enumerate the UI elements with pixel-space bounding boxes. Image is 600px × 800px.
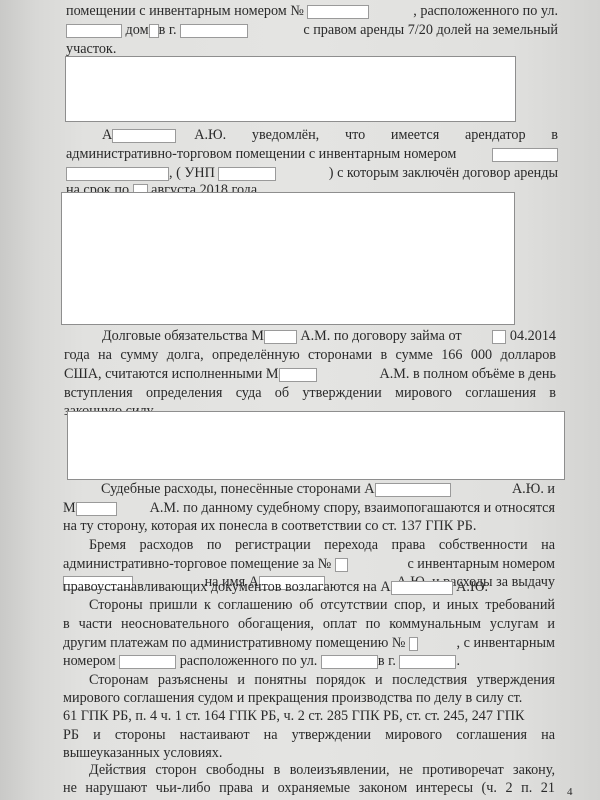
redaction-box [492, 148, 558, 162]
text-line: правоустанавливающих документов возлагаю… [63, 578, 555, 597]
text: А.М. в полном объёме в день [379, 365, 556, 384]
text-line: административно-торговом помещении с инв… [66, 145, 558, 164]
text: Действия сторон свободны в волеизъявлени… [63, 761, 555, 780]
text: Сторонам разъяснены и понятны порядок и … [63, 671, 555, 690]
text: РБ и стороны настаивают на утверждении м… [63, 726, 555, 745]
redaction-box [391, 581, 453, 595]
text: на ту сторону, которая их понесла в соот… [63, 517, 476, 536]
text-line: Судебные расходы, понесённые сторонами А… [63, 480, 555, 499]
redaction-box [112, 129, 176, 143]
text: 04.2014 [510, 327, 556, 346]
text: другим платежам по административному пом… [63, 634, 405, 653]
text-line: США, считаются исполненными М А.М. в пол… [64, 365, 556, 384]
text-line: номером расположенного по ул. в г. . [63, 652, 555, 671]
redaction-block [67, 411, 565, 480]
text-line: Долговые обязательства М А.М. по договор… [64, 327, 556, 346]
text-line: Действия сторон свободны в волеизъявлени… [63, 761, 555, 780]
redaction-block [65, 56, 516, 122]
text: в г. [159, 21, 177, 40]
redaction-box [375, 483, 451, 497]
text: Бремя расходов по регистрации перехода п… [63, 536, 555, 555]
text: Судебные расходы, понесённые сторонами А [101, 480, 375, 499]
redaction-box [307, 5, 369, 19]
redaction-box [180, 24, 248, 38]
redaction-box [399, 655, 456, 669]
text-line: помещении с инвентарным номером № , расп… [66, 2, 558, 21]
redaction-box [335, 558, 348, 572]
text-line: А А.Ю. уведомлён, что имеется арендатор … [66, 126, 558, 145]
text: года на сумму долга, определённую сторон… [64, 346, 556, 365]
redaction-box [119, 655, 176, 669]
text-line: домв г. с правом аренды 7/20 долей на зе… [66, 21, 558, 40]
redaction-box [76, 502, 117, 516]
page-number: 4 [567, 786, 573, 798]
text: А.М. по данному судебному спору, взаимоп… [150, 499, 555, 518]
document-page: помещении с инвентарным номером № , расп… [0, 0, 600, 800]
text: расположенного по ул. [180, 652, 318, 671]
text: в г. [378, 652, 396, 671]
text: . [456, 652, 460, 671]
text: , с инвентарным [457, 634, 556, 653]
redaction-box [149, 24, 159, 38]
text-line: в части неосновательного обогащения, опл… [63, 615, 555, 634]
text: административно-торговом помещении с инв… [66, 145, 456, 164]
text-line: М А.М. по данному судебному спору, взаим… [63, 499, 555, 518]
text: А.Ю. уведомлён, что имеется арендатор в [194, 126, 558, 145]
text: 61 ГПК РБ, п. 4 ч. 1 ст. 164 ГПК РБ, ч. … [63, 707, 524, 726]
text: , расположенного по ул. [413, 2, 558, 21]
redaction-box [409, 637, 418, 651]
text: А.Ю. [456, 578, 488, 597]
text-line: на ту сторону, которая их понесла в соот… [63, 517, 555, 536]
text: помещении с инвентарным номером № [66, 2, 304, 21]
text: мирового соглашения судом и прекращения … [63, 689, 522, 708]
text: номером [63, 652, 116, 671]
text-line: РБ и стороны настаивают на утверждении м… [63, 726, 555, 745]
text-line: административно-торговое помещение за № … [63, 555, 555, 574]
text-line: вступления определения суда об утвержден… [64, 384, 556, 403]
redaction-box [279, 368, 317, 382]
text-line: Сторонам разъяснены и понятны порядок и … [63, 671, 555, 690]
text: А.М. по договору займа от [300, 327, 461, 346]
text: правоустанавливающих документов возлагаю… [63, 578, 391, 597]
text: А [102, 126, 112, 145]
text-line: другим платежам по административному пом… [63, 634, 555, 653]
redaction-block [61, 192, 515, 325]
text: не нарушают чьи-либо права и охраняемые … [63, 779, 555, 798]
text-line: 61 ГПК РБ, п. 4 ч. 1 ст. 164 ГПК РБ, ч. … [63, 707, 555, 726]
text: А.Ю. и [512, 480, 555, 499]
text-line: Стороны пришли к соглашению об отсутстви… [63, 596, 555, 615]
redaction-box [66, 167, 169, 181]
text: М [63, 499, 76, 518]
text: в части неосновательного обогащения, опл… [63, 615, 555, 634]
redaction-box [218, 167, 276, 181]
redaction-box [321, 655, 378, 669]
text: с правом аренды 7/20 долей на земельный [303, 21, 558, 40]
text: с инвентарным номером [407, 555, 555, 574]
text: административно-торговое помещение за № [63, 555, 331, 574]
redaction-box [492, 330, 506, 344]
text: Долговые обязательства М [102, 327, 264, 346]
text: дом [126, 21, 149, 40]
text: вступления определения суда об утвержден… [64, 384, 556, 403]
text-line: Бремя расходов по регистрации перехода п… [63, 536, 555, 555]
text: США, считаются исполненными М [64, 365, 279, 384]
text: Стороны пришли к соглашению об отсутстви… [63, 596, 555, 615]
text-line: года на сумму долга, определённую сторон… [64, 346, 556, 365]
text-line: не нарушают чьи-либо права и охраняемые … [63, 779, 555, 798]
redaction-box [264, 330, 297, 344]
text-line: мирового соглашения судом и прекращения … [63, 689, 555, 708]
redaction-box [66, 24, 122, 38]
